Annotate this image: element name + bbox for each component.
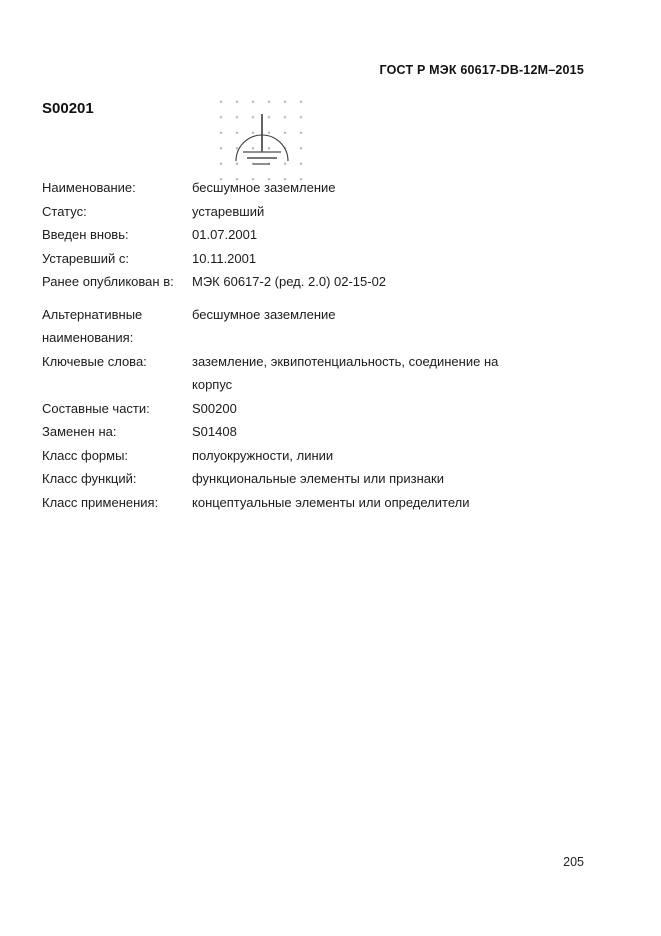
property-row-reintroduced: Введен вновь: 01.07.2001 xyxy=(42,223,587,247)
property-label: Класс применения: xyxy=(42,491,192,515)
property-label: Устаревший с: xyxy=(42,247,192,271)
page-number: 205 xyxy=(563,855,584,869)
property-value: заземление, эквипотенциальность, соедине… xyxy=(192,350,522,397)
property-label: Класс формы: xyxy=(42,444,192,468)
property-row-shape-class: Класс формы: полуокружности, линии xyxy=(42,444,587,468)
property-label: Заменен на: xyxy=(42,420,192,444)
property-label: Ключевые слова: xyxy=(42,350,192,374)
symbol-id-heading: S00201 xyxy=(42,100,94,117)
property-row-status: Статус: устаревший xyxy=(42,200,587,224)
property-label: Ранее опубликован в: xyxy=(42,270,192,294)
property-value: концептуальные элементы или определители xyxy=(192,491,470,515)
properties-table: Наименование: бесшумное заземление Стату… xyxy=(42,176,587,514)
property-value: 01.07.2001 xyxy=(192,223,257,247)
property-row-keywords: Ключевые слова: заземление, эквипотенциа… xyxy=(42,350,587,397)
property-value: бесшумное заземление xyxy=(192,176,336,200)
document-page: ГОСТ Р МЭК 60617-DB-12M–2015 S00201 Наим… xyxy=(0,0,661,936)
property-row-component-parts: Составные части: S00200 xyxy=(42,397,587,421)
property-value: МЭК 60617-2 (ред. 2.0) 02-15-02 xyxy=(192,270,386,294)
property-label: Наименование: xyxy=(42,176,192,200)
property-label: Введен вновь: xyxy=(42,223,192,247)
property-value: функциональные элементы или признаки xyxy=(192,467,444,491)
property-row-alternative-names: Альтернативные наименования: бесшумное з… xyxy=(42,303,587,350)
property-value: бесшумное заземление xyxy=(192,303,336,327)
property-row-obsolete-since: Устаревший с: 10.11.2001 xyxy=(42,247,587,271)
property-row-replaced-by: Заменен на: S01408 xyxy=(42,420,587,444)
property-label: Составные части: xyxy=(42,397,192,421)
property-value: S01408 xyxy=(192,420,237,444)
property-value: S00200 xyxy=(192,397,237,421)
noiseless-earth-ground-symbol-figure xyxy=(218,98,304,182)
property-row-function-class: Класс функций: функциональные элементы и… xyxy=(42,467,587,491)
earth-ground-icon xyxy=(218,98,304,182)
property-label: Статус: xyxy=(42,200,192,224)
property-row-name: Наименование: бесшумное заземление xyxy=(42,176,587,200)
document-title-header: ГОСТ Р МЭК 60617-DB-12M–2015 xyxy=(379,63,584,77)
property-row-previously-published: Ранее опубликован в: МЭК 60617-2 (ред. 2… xyxy=(42,270,587,294)
property-label: Класс функций: xyxy=(42,467,192,491)
property-row-application-class: Класс применения: концептуальные элемент… xyxy=(42,491,587,515)
property-value: 10.11.2001 xyxy=(192,247,256,271)
property-value: полуокружности, линии xyxy=(192,444,333,468)
property-label: Альтернативные наименования: xyxy=(42,303,192,350)
property-value: устаревший xyxy=(192,200,264,224)
